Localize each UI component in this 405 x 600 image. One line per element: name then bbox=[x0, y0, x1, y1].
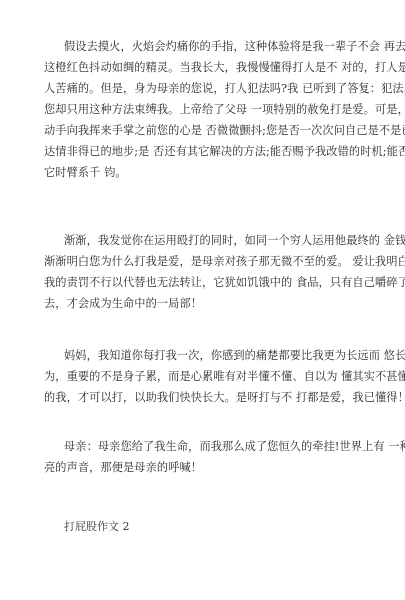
text-line: 这橙红色抖动如绸的精灵。当我长大，我慢慢懂得打人是不 对的，打人是最令 bbox=[44, 61, 405, 75]
text-line: 我的责罚不行以代替也无法转让，它犹如饥饿中的 食品，只有自己嚼碎了咽下 bbox=[44, 276, 405, 290]
text-line: 达情非得已的地步;是 否还有其它解决的方法;能否赐予我改错的时机;能否运用 bbox=[44, 145, 405, 159]
document-page: 假设去摸火，火焰会灼痛你的手指，这种体验将是我一辈子不会 再去摩挲 这橙红色抖动… bbox=[0, 0, 405, 600]
text-line: 您却只用这种方法束缚我。上帝给了父母 一项特别的赦免打是爱。可是，你在 bbox=[44, 103, 405, 117]
text-line: 妈妈，我知道你每打我一次，你感到的痛楚都要比我更为长远而 悠长。因 bbox=[64, 349, 405, 363]
text-line: 母亲：母亲您给了我生命，而我那么成了您恒久的牵挂!世界上有 一种最漂 bbox=[64, 440, 405, 454]
text-line: 动手向我挥来手掌之前您的心是 否微微颤抖;您是否一次次问自己是不是已经到 bbox=[44, 124, 405, 138]
text-line: 渐渐明白您为什么打我是爱，是母亲对孩子那无微不至的爱。 爱让我明白您对 bbox=[44, 255, 405, 269]
text-line: 渐渐，我发觉你在运用殴打的同时，如同一个穷人运用他最终的 金钱。我 bbox=[64, 234, 405, 248]
text-line: 假设去摸火，火焰会灼痛你的手指，这种体验将是我一辈子不会 再去摩挲 bbox=[64, 40, 405, 54]
text-line: 为，重要的不是身子累，而是心累唯有对半懂不懂、自以为 懂其实不甚懂道理 bbox=[44, 370, 405, 384]
text-line: 它时臂系千 钧。 bbox=[44, 166, 127, 180]
text-line: 亮的声音，那便是母亲的呼喊！ bbox=[44, 461, 202, 475]
text-line: 的我，才可以打，以助我们快快长大。是呀打与不 打都是爱，我已懂得！ bbox=[44, 391, 405, 405]
text-line: 去，才会成为生命中的一局部！ bbox=[44, 297, 202, 311]
section-title: 打屁股作文 2 bbox=[64, 520, 130, 534]
text-line: 人苦痛的。但是，身为母亲的您说，打人犯法吗?我 已听到了答复：犯法，可是 bbox=[44, 82, 405, 96]
